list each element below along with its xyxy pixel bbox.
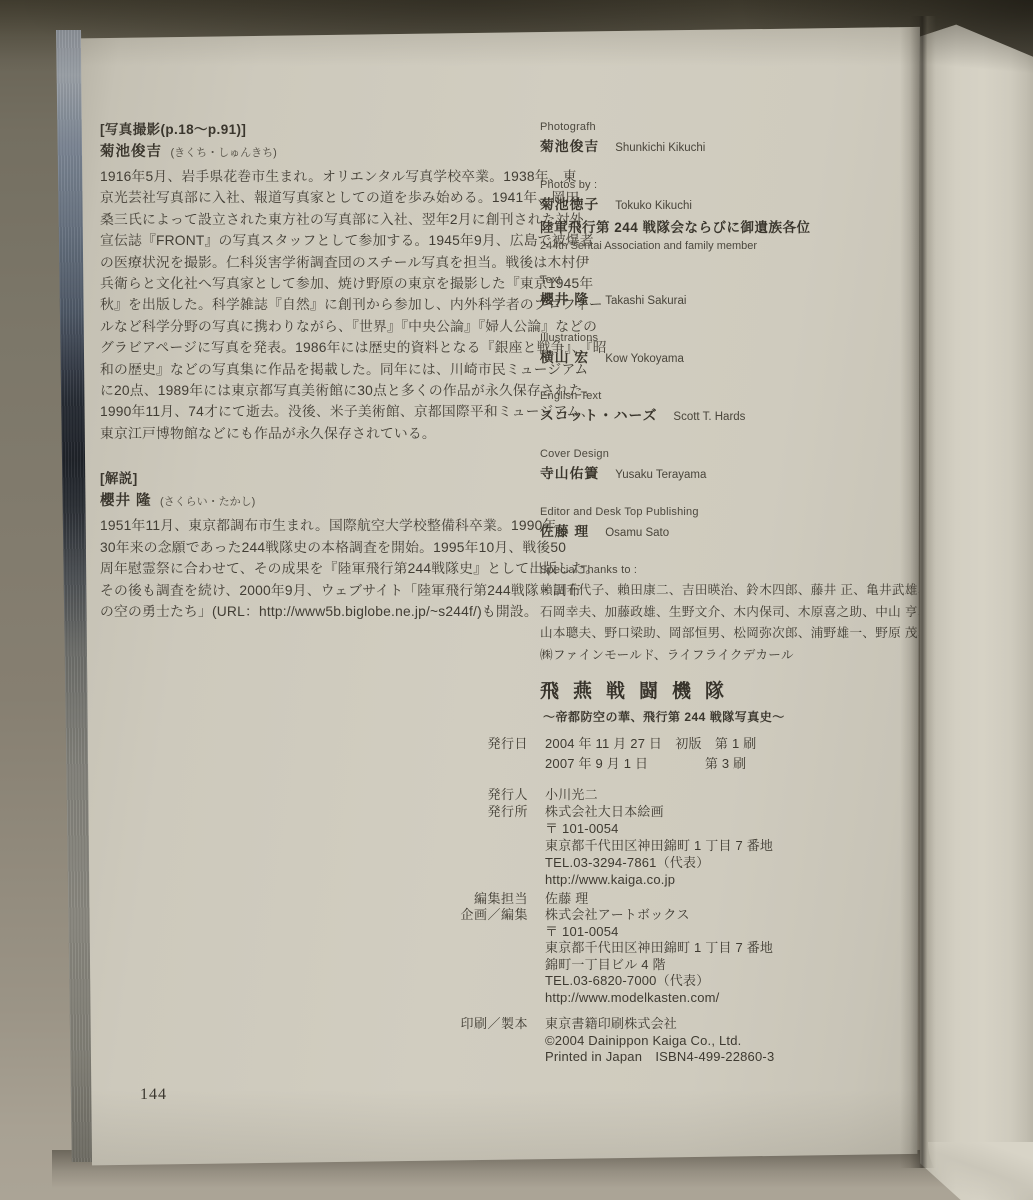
photographer-name: 菊池俊吉	[100, 144, 162, 160]
bio-line: の空の勇士たち」(URL：http://www5b.biglobe.ne.jp/…	[100, 601, 530, 622]
author-bio: 1951年11月、東京都調布市生まれ。国際航空大学校整備科卒業。1990年、30…	[100, 515, 530, 622]
special-thanks-line: 山本聰夫、野口梁助、岡部恒男、松岡弥次郎、浦野雄一、野原 茂、	[540, 623, 950, 645]
colophon-value-line: 錦町一丁目ビル 4 階	[545, 957, 773, 974]
colophon-value-line: http://www.modelkasten.com/	[545, 990, 773, 1007]
book-title: 飛燕戦闘機隊	[540, 680, 785, 704]
credit-group-text: Text 櫻井 隆Takashi Sakurai	[540, 273, 950, 312]
credit-name: 寺山佑簀	[540, 466, 599, 481]
bio-line: の医療状況を撮影。仁科災害学術調査団のスチール写真を担当。戦後は木村伊	[100, 252, 530, 273]
photographer-name-line: 菊池俊吉 (きくち・しゅんきち)	[100, 141, 530, 164]
colophon-values: 2004 年 11 月 27 日 初版 第 1 刷2007 年 9 月 1 日 …	[545, 734, 756, 774]
bio-line: 1951年11月、東京都調布市生まれ。国際航空大学校整備科卒業。1990年、	[100, 515, 530, 536]
credit-group-cover-design: Cover Design 寺山佑簀Yusaku Terayama	[540, 447, 950, 486]
bio-line: 30年来の念願であった244戦隊史の本格調査を開始。1995年10月、戦後50	[100, 537, 530, 558]
colophon-label: 企画／編集	[408, 907, 528, 1006]
facing-page	[920, 14, 1033, 1200]
credit-group-photograph: Photografh 菊池俊吉Shunkichi Kikuchi	[540, 120, 950, 159]
credit-name: 佐藤 理	[540, 524, 589, 539]
colophon-value-line: 東京書籍印刷株式会社	[545, 1016, 774, 1033]
bio-line: 和の歴史』などの写真集に作品を掲載した。同年には、川崎市民ミュージアム	[100, 359, 530, 380]
credit-name: 菊池徳子	[540, 197, 599, 212]
bio-line: 兵衛らと文化社へ写真家として参加、焼け野原の東京を撮影した『東京1945年	[100, 273, 530, 294]
special-thanks-group: Special Thanks to : 賴田千代子、賴田康二、吉田暎治、鈴木四郎…	[540, 563, 950, 666]
credit-romaji: Takashi Sakurai	[605, 295, 686, 307]
author-name-line: 櫻井 隆 (さくらい・たかし)	[100, 490, 530, 513]
colophon-row-planning-editing: 企画／編集 株式会社アートボックス〒 101-0054東京都千代田区神田錦町 1…	[408, 907, 888, 1006]
colophon-value-line: Printed in Japan ISBN4-499-22860-3	[545, 1049, 774, 1066]
bio-line: グラビアページに写真を発表。1986年には歴史的資料となる『銀座と戦争』、『昭	[100, 337, 530, 358]
bio-line: 京光芸社写真部に入社、報道写真家としての道を歩み始める。1941年、岡田	[100, 187, 530, 208]
credit-romaji: Tokuko Kikuchi	[615, 200, 692, 212]
colophon-value-line: 2007 年 9 月 1 日 第 3 刷	[545, 754, 756, 774]
credit-romaji: Yusaku Terayama	[615, 469, 706, 481]
bio-line: 1916年5月、岩手県花巻市生まれ。オリエンタル写真学校卒業。1938年、東	[100, 166, 530, 187]
bio-line: 周年慰霊祭に合わせて、その成果を『陸軍飛行第244戦隊史』として出版した。	[100, 558, 530, 579]
colophon-value-line: 〒 101-0054	[545, 820, 773, 837]
colophon-value-line: 2004 年 11 月 27 日 初版 第 1 刷	[545, 734, 756, 754]
credit-role-label: Cover Design	[540, 447, 950, 461]
credit-role-label: Photografh	[540, 120, 950, 134]
author-furigana: (さくらい・たかし)	[160, 496, 255, 508]
colophon-values: 佐藤 理	[545, 890, 588, 907]
colophon-values: 株式会社大日本絵画〒 101-0054東京都千代田区神田錦町 1 丁目 7 番地…	[545, 803, 773, 888]
credit-romaji: Shunkichi Kikuchi	[615, 142, 705, 154]
colophon-values: 小川光二	[545, 786, 598, 803]
bio-line: 桑三氏によって設立された東方社の写真部に入社、翌年2月に創刊された対外	[100, 209, 530, 230]
colophon-value-line: 小川光二	[545, 786, 598, 803]
colophon-value-line: http://www.kaiga.co.jp	[545, 871, 773, 888]
colophon-label: 発行人	[408, 786, 528, 803]
special-thanks-line: ㈱ファインモールド、ライフライクデカール	[540, 645, 950, 667]
colophon-values: 東京書籍印刷株式会社©2004 Dainippon Kaiga Co., Ltd…	[545, 1016, 774, 1066]
colophon-value-line: 佐藤 理	[545, 890, 588, 907]
credit-name: 菊池俊吉	[540, 139, 599, 154]
bio-line: 宣伝誌『FRONT』の写真スタッフとして参加する。1945年9月、広島で被爆者	[100, 230, 530, 251]
credit-romaji: Osamu Sato	[605, 527, 669, 539]
credit-role-label: Text	[540, 273, 950, 287]
book-photo-scene: [写真撮影(p.18〜p.91)] 菊池俊吉 (きくち・しゅんきち) 1916年…	[0, 0, 1033, 1200]
bio-line: その後も調査を続け、2000年9月、ウェブサイト「陸軍飛行第244戦隊・調布	[100, 580, 530, 601]
credit-role-label: Photos by :	[540, 178, 950, 192]
colophon-value-line: 株式会社大日本絵画	[545, 803, 773, 820]
credit-group-illustrations: Illustrations 横山 宏Kow Yokoyama	[540, 331, 950, 370]
special-thanks-line: 賴田千代子、賴田康二、吉田暎治、鈴木四郎、藤井 正、亀井武雄、	[540, 580, 950, 602]
special-thanks-line: 石岡幸夫、加藤政雄、生野文介、木内保司、木原喜之助、中山 亨、	[540, 602, 950, 624]
colophon-row-editing-charge: 編集担当 佐藤 理	[408, 890, 888, 907]
credit-name: スコット・ハーズ	[540, 408, 657, 423]
colophon-label: 発行日	[408, 734, 528, 774]
credit-group-editor: Editor and Desk Top Publishing 佐藤 理Osamu…	[540, 505, 950, 544]
colophon-value-line: 東京都千代田区神田錦町 1 丁目 7 番地	[545, 837, 773, 854]
author-name: 櫻井 隆	[100, 493, 152, 509]
bio-line: 1990年11月、74才にて逝去。没後、米子美術館、京都国際平和ミュージアム、	[100, 401, 530, 422]
bio-line: ルなど科学分野の写真に携わりながら、『世界』『中央公論』『婦人公論』などの	[100, 316, 530, 337]
colophon-value-line: 〒 101-0054	[545, 924, 773, 941]
book-subtitle: 〜帝都防空の華、飛行第 244 戦隊写真史〜	[540, 708, 785, 726]
book-title-block: 飛燕戦闘機隊 〜帝都防空の華、飛行第 244 戦隊写真史〜	[540, 680, 785, 726]
credit-extra-english: 244th Sentai Association and family memb…	[540, 239, 950, 254]
colophon-value-line: ©2004 Dainippon Kaiga Co., Ltd.	[545, 1033, 774, 1050]
credit-name: 櫻井 隆	[540, 292, 589, 307]
colophon-row-publisher-person: 発行人 小川光二	[408, 786, 888, 803]
page-gutter-shadow	[900, 16, 936, 1168]
photographer-furigana: (きくち・しゅんきち)	[170, 147, 276, 159]
colophon-values: 株式会社アートボックス〒 101-0054東京都千代田区神田錦町 1 丁目 7 …	[545, 907, 773, 1006]
credit-group-photos-by: Photos by : 菊池徳子Tokuko Kikuchi 陸軍飛行第 244…	[540, 178, 950, 254]
colophon-label: 印刷／製本	[408, 1016, 528, 1066]
credit-role-label: Illustrations	[540, 331, 950, 345]
colophon-row-publisher-company: 発行所 株式会社大日本絵画〒 101-0054東京都千代田区神田錦町 1 丁目 …	[408, 803, 888, 888]
colophon-value-line: TEL.03-3294-7861（代表）	[545, 854, 773, 871]
publication-details: 発行日 2004 年 11 月 27 日 初版 第 1 刷2007 年 9 月 …	[408, 734, 888, 1066]
credit-group-english-text: English Text スコット・ハーズScott T. Hards	[540, 389, 950, 428]
bio-line: に20点、1989年には東京都写真美術館に30点と多くの作品が永久保存された。	[100, 380, 530, 401]
photographer-bio: 1916年5月、岩手県花巻市生まれ。オリエンタル写真学校卒業。1938年、東京光…	[100, 166, 530, 444]
credit-role-label: English Text	[540, 389, 950, 403]
facing-page-curl	[928, 1142, 1033, 1200]
colophon-label: 編集担当	[408, 890, 528, 907]
credit-romaji: Scott T. Hards	[673, 411, 745, 423]
photo-credit-section-header: [写真撮影(p.18〜p.91)]	[100, 120, 530, 140]
colophon-value-line: 東京都千代田区神田錦町 1 丁目 7 番地	[545, 940, 773, 957]
colophon-label: 発行所	[408, 803, 528, 888]
special-thanks-list: 賴田千代子、賴田康二、吉田暎治、鈴木四郎、藤井 正、亀井武雄、石岡幸夫、加藤政雄…	[540, 580, 950, 666]
credit-name: 横山 宏	[540, 350, 589, 365]
colophon-row-printing-binding: 印刷／製本 東京書籍印刷株式会社©2004 Dainippon Kaiga Co…	[408, 1016, 888, 1066]
biography-column: [写真撮影(p.18〜p.91)] 菊池俊吉 (きくち・しゅんきち) 1916年…	[100, 120, 530, 622]
credit-extra-japanese: 陸軍飛行第 244 戦隊会ならびに御遺族各位	[540, 217, 950, 239]
page-number: 144	[140, 1086, 167, 1104]
colophon-page: [写真撮影(p.18〜p.91)] 菊池俊吉 (きくち・しゅんきち) 1916年…	[62, 20, 920, 1170]
credit-romaji: Kow Yokoyama	[605, 353, 684, 365]
credits-column: Photografh 菊池俊吉Shunkichi Kikuchi Photos …	[540, 120, 950, 685]
special-thanks-label: Special Thanks to :	[540, 563, 950, 577]
bio-line: 秋』を出版した。科学雑誌『自然』に創刊から参加し、内外科学者のプロフィー	[100, 294, 530, 315]
bio-line: 東京江戸博物館などにも作品が永久保存されている。	[100, 423, 530, 444]
colophon-value-line: TEL.03-6820-7000（代表）	[545, 973, 773, 990]
credit-role-label: Editor and Desk Top Publishing	[540, 505, 950, 519]
commentary-section-header: [解説]	[100, 469, 530, 489]
colophon-row-publish-date: 発行日 2004 年 11 月 27 日 初版 第 1 刷2007 年 9 月 …	[408, 734, 888, 774]
colophon-value-line: 株式会社アートボックス	[545, 907, 773, 924]
